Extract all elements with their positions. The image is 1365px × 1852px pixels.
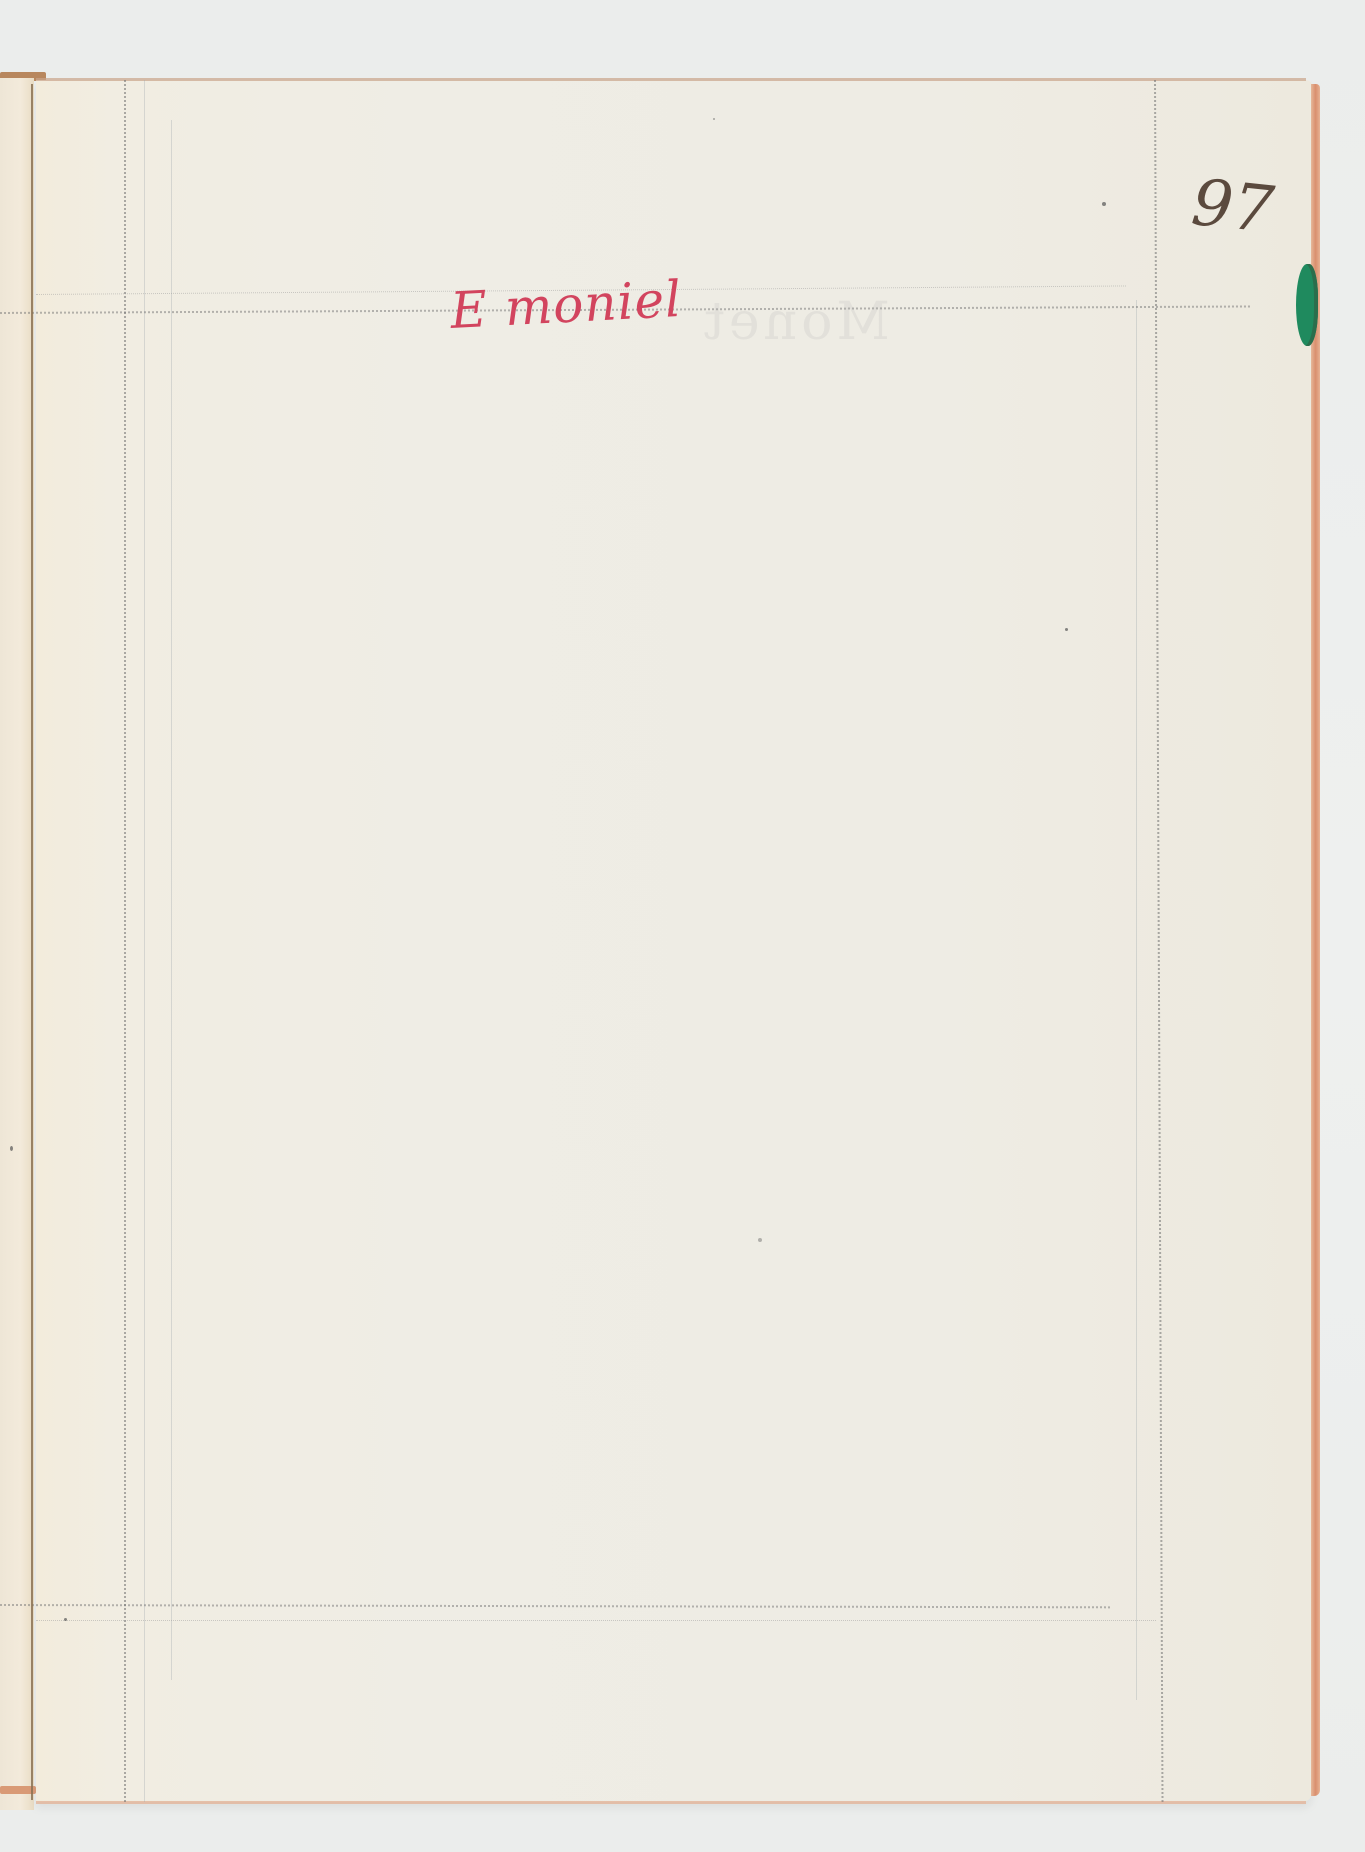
ledger-page: [36, 80, 1312, 1802]
left-margin-rule-faint: [144, 80, 145, 1802]
left-margin-rule: [124, 80, 126, 1802]
bleed-through-text: Monet: [700, 292, 890, 352]
paper-speck: [1065, 628, 1068, 631]
green-tab-marker: [1296, 264, 1318, 346]
red-ink-annotation: E moniel: [449, 270, 683, 340]
paper-speck: [64, 1618, 67, 1621]
page-number: 97: [1188, 166, 1277, 248]
left-facing-page: [0, 78, 34, 1810]
paper-speck: [713, 118, 715, 120]
page-bottom-edge: [36, 1801, 1306, 1804]
right-margin-rule-faint: [1136, 300, 1137, 1700]
paper-speck: [758, 1238, 762, 1242]
paper-speck: [10, 1146, 13, 1151]
footer-rule-lower: [36, 1620, 1156, 1621]
binding-gutter: [31, 84, 33, 1800]
paper-speck: [1102, 202, 1106, 206]
page-top-edge: [36, 78, 1306, 81]
footer-rule: [0, 1604, 1110, 1608]
right-margin-rule: [1154, 80, 1164, 1802]
left-margin-rule-faint-2: [171, 120, 172, 1680]
